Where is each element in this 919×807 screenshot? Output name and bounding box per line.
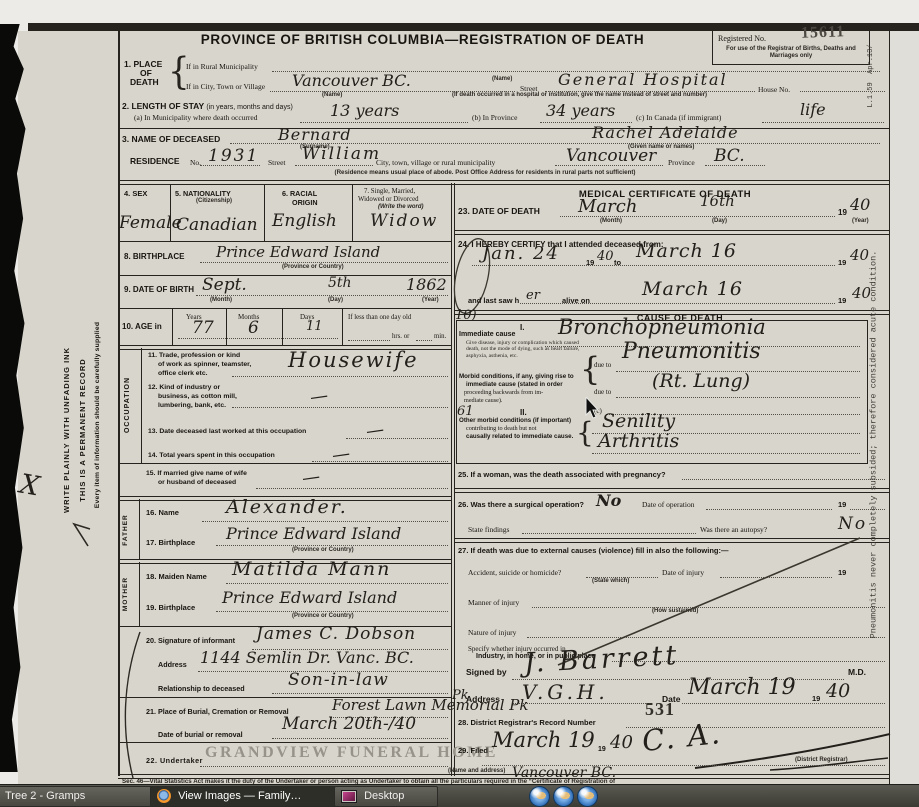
- item11-label-3: office clerk etc.: [158, 370, 208, 377]
- item2a-label: (a) In Municipality where death occurred: [134, 113, 258, 122]
- occupation-side-label: OCCUPATION: [124, 355, 136, 455]
- racial-label-2: ORIGIN: [292, 198, 318, 207]
- due-to-2-label: due to: [594, 388, 611, 396]
- registered-no-stamp: 15611: [801, 23, 846, 43]
- occupation-value: Housewife: [288, 348, 419, 372]
- taskbar-window-gramps-label: Tree 2 - Gramps: [5, 790, 85, 802]
- item12-label-3: lumbering, bank, etc.: [158, 402, 226, 409]
- operation-label: 26. Was there a surgical operation?: [458, 500, 584, 509]
- alive-on-value: March 16: [642, 278, 743, 300]
- relationship-value: Son-in-law: [288, 670, 389, 690]
- morbid-label-3: proceeding backwards from im-: [464, 389, 543, 396]
- father-birthplace-cap: (Province or Country): [292, 547, 354, 553]
- last-saw-label: and last saw h: [468, 296, 519, 305]
- due-to-2-value: (Rt. Lung): [652, 370, 750, 392]
- age-min-label: min.: [434, 333, 446, 340]
- item2b-value: 34 years: [546, 101, 615, 120]
- age-hrs-label: hrs. or: [392, 333, 409, 340]
- taskbar-window-desktop-label: Desktop: [364, 790, 404, 802]
- morbid-label-4: mediate cause).: [464, 397, 502, 404]
- sex-value: Female: [119, 213, 182, 233]
- item2b-label: (b) In Province: [472, 113, 517, 122]
- mother-birthplace-cap: (Province or Country): [292, 613, 354, 619]
- birthplace-cap: (Province or Country): [282, 264, 344, 270]
- item12-label-2: business, as cotton mill,: [158, 393, 237, 400]
- cause-margin-note-1: 10): [455, 308, 477, 323]
- pen-curve: [115, 630, 145, 780]
- death-date-19: 19: [838, 208, 847, 217]
- burial-date-label: Date of burial or removal: [158, 730, 243, 739]
- taskbar-window-view-images[interactable]: View Images — Family…: [150, 786, 340, 807]
- sex-label: 4. SEX: [124, 189, 147, 198]
- attended-from: Jan. 24: [482, 243, 560, 264]
- racial-label-1: 6. RACIAL: [282, 189, 317, 198]
- dob-day-cap: (Day): [328, 297, 343, 303]
- form-title: PROVINCE OF BRITISH COLUMBIA—REGISTRATIO…: [150, 32, 695, 47]
- medical-title: MEDICAL CERTIFICATE OF DEATH: [455, 189, 875, 200]
- age-label: 10. AGE in: [122, 322, 162, 331]
- registered-no-box: Registered No. 15611 For use of the Regi…: [712, 29, 870, 65]
- death-month-cap: (Month): [600, 218, 622, 224]
- desktop-screen: WRITE PLAINLY WITH UNFADING INK THIS IS …: [0, 0, 919, 807]
- other-morbid-3: causally related to immediate cause.: [466, 433, 573, 440]
- district-registrar-cap: (District Registrar): [795, 757, 848, 763]
- item13-label: 13. Date deceased last worked at this oc…: [148, 428, 306, 435]
- item2-label: 2. LENGTH OF STAY (in years, months and …: [122, 101, 293, 111]
- other-value-1: Senility: [602, 410, 675, 432]
- filed-date-value: March 19: [492, 728, 595, 752]
- item1-death: DEATH: [130, 77, 159, 87]
- house-no-label: House No.: [758, 85, 790, 94]
- mother-name-value: Matilda Mann: [232, 558, 391, 580]
- page-right-rule: [889, 31, 890, 784]
- taskbar: Tree 2 - Gramps View Images — Family… De…: [0, 784, 919, 807]
- other-morbid-1: Other morbid conditions (if important): [459, 417, 571, 424]
- death-date-year: 40: [850, 195, 870, 214]
- item15-label-2: or husband of deceased: [158, 479, 236, 486]
- death-date-day: 16th: [700, 192, 735, 210]
- informant-label: 20. Signature of informant: [146, 636, 235, 645]
- street-name-cap: (Name): [492, 76, 512, 82]
- birthplace-label: 8. BIRTHPLACE: [124, 252, 184, 261]
- residence-street-value: William: [302, 144, 381, 164]
- pregnancy-label: 25. If a woman, was the death associated…: [458, 470, 666, 479]
- globe-icon-2[interactable]: [553, 786, 574, 807]
- dob-year-cap: (Year): [422, 297, 439, 303]
- morbid-label-1: Morbid conditions, if any, giving rise t…: [459, 373, 574, 380]
- margin-right-note: Pneumonitis never completely subsided; t…: [869, 95, 882, 795]
- mother-birthplace-label: 19. Birthplace: [146, 603, 195, 612]
- marital-value: Widow: [370, 211, 438, 231]
- nationality-cap: (Citizenship): [196, 198, 232, 204]
- death-year-cap: (Year): [852, 218, 869, 224]
- age-less-label: If less than one day old: [348, 314, 411, 321]
- age-months-value: 6: [248, 318, 259, 338]
- death-day-cap: (Day): [712, 218, 727, 224]
- item2-paren: (in years, months and days): [206, 104, 292, 111]
- record-number-value: 531: [645, 699, 675, 720]
- informant-address-label: Address: [158, 660, 187, 669]
- sign-date-year: 40: [826, 680, 850, 702]
- city-name-cap: (Name): [322, 92, 342, 98]
- dob-label: 9. DATE OF BIRTH: [124, 285, 194, 294]
- filed-year: 40: [610, 732, 633, 753]
- item15-label-1: 15. If married give name of wife: [146, 470, 247, 477]
- undertaker-label: 22. Undertaker: [146, 756, 203, 765]
- attended-to-year: 40: [850, 246, 869, 264]
- taskbar-window-gramps[interactable]: Tree 2 - Gramps: [0, 786, 164, 807]
- item2c-value: life: [800, 100, 826, 119]
- given-name-value: Rachel Adelaide: [592, 123, 739, 142]
- relationship-label: Relationship to deceased: [158, 684, 245, 693]
- globe-icon-3[interactable]: [577, 786, 598, 807]
- scan-right-edge: [890, 31, 919, 784]
- physician-address-value: V.G.H.: [522, 680, 609, 704]
- racial-value: English: [272, 211, 337, 231]
- cause-sec2: II.: [520, 408, 527, 417]
- taskbar-window-view-images-label: View Images — Family…: [178, 790, 301, 802]
- mother-birthplace-value: Prince Edward Island: [222, 588, 397, 607]
- dob-month-cap: (Month): [210, 297, 232, 303]
- dob-day: 5th: [328, 275, 352, 291]
- filed-19: 19: [598, 746, 606, 753]
- informant-value: James C. Dobson: [256, 624, 416, 644]
- informant-address-value: 1144 Semlin Dr. Vanc. BC.: [200, 648, 414, 667]
- operation-19: 19: [838, 500, 846, 509]
- spouse-value: —: [301, 466, 322, 489]
- marital-label-2: Widowed or Divorced: [358, 196, 419, 203]
- record-number-label: 28. District Registrar's Record Number: [458, 718, 596, 727]
- city-label: If in City, Town or Village: [186, 82, 265, 91]
- md-label: M.D.: [848, 667, 866, 677]
- father-name-value: Alexander.: [226, 496, 348, 518]
- residence-street-label: Street: [268, 158, 286, 167]
- undertaker-city-value: Vancouver BC.: [512, 765, 616, 781]
- burial-place-label: 21. Place of Burial, Cremation or Remova…: [146, 707, 289, 716]
- burial-place-value: Forest Lawn Memorial Pk: [332, 696, 528, 714]
- item12-label-1: 12. Kind of industry or: [148, 384, 220, 391]
- immediate-cause-note: Give disease, injury or complication whi…: [466, 340, 584, 359]
- immediate-cause-value: Bronchopneumonia: [558, 315, 766, 339]
- operation-value: No: [596, 491, 621, 510]
- item11-label-1: 11. Trade, profession or kind: [148, 352, 240, 359]
- father-name-label: 16. Name: [146, 508, 179, 517]
- hospital-note: (If death occurred in a hospital or inst…: [452, 92, 707, 98]
- dob-year: 1862: [406, 275, 447, 294]
- nationality-value: Canadian: [176, 215, 258, 235]
- age-days-value: 11: [306, 319, 323, 334]
- item14-label: 14. Total years spent in this occupation: [148, 452, 275, 459]
- birthplace-value: Prince Edward Island: [216, 243, 380, 261]
- other-morbid-2: contributing to death but not: [466, 425, 536, 432]
- attended-to: March 16: [636, 240, 737, 262]
- due-to-1-label: due to: [594, 361, 611, 369]
- mother-side-label: MOTHER: [122, 559, 134, 629]
- registered-no-label: Registered No.: [718, 34, 766, 43]
- filed-label: 29. Filed: [458, 746, 488, 755]
- marital-label-1: 7. Single, Married,: [364, 188, 415, 195]
- attended-from-year: 40: [597, 249, 614, 264]
- dob-month: Sept.: [202, 275, 247, 295]
- residence-prov-label: Province: [668, 158, 695, 167]
- item11-label-2: of work as spinner, teamster,: [158, 361, 251, 368]
- globe-icon-1[interactable]: [529, 786, 550, 807]
- firefox-icon: [157, 789, 171, 803]
- street-value: General Hospital: [558, 70, 728, 89]
- item2a-value: 13 years: [330, 101, 399, 120]
- residence-city-label: City, town, village or rural municipalit…: [376, 158, 495, 167]
- desktop-icon: [341, 790, 357, 803]
- due-to-1-value: Pneumonitis: [622, 339, 761, 364]
- undertaker-stamp: GRANDVIEW FUNERAL HOME: [205, 744, 498, 762]
- attended-to-19: 19: [838, 258, 846, 267]
- marital-cap: (Write the word): [378, 204, 424, 210]
- signed-by-label: Signed by: [466, 667, 507, 677]
- due-to-brace: {: [580, 350, 600, 388]
- registrar-use-note: For use of the Registrar of Births, Deat…: [716, 46, 866, 60]
- death-date-month: March: [578, 196, 637, 217]
- residence-prov-value: BC.: [714, 146, 745, 166]
- father-birthplace-label: 17. Birthplace: [146, 538, 195, 547]
- item2c-label: (c) In Canada (if immigrant): [636, 113, 721, 122]
- morbid-label-2: immediate cause (stated in order: [466, 381, 563, 388]
- residence-city-value: Vancouver: [566, 146, 656, 166]
- mouse-cursor: [585, 397, 601, 421]
- age-years-value: 77: [192, 318, 214, 338]
- cause-sec1: I.: [520, 323, 524, 332]
- sign-date-value: March 19: [688, 675, 796, 700]
- father-birthplace-value: Prince Edward Island: [226, 524, 401, 543]
- alive-19: 19: [838, 296, 846, 305]
- mother-name-label: 18. Maiden Name: [146, 572, 207, 581]
- residence-note: (Residence means usual place of abode. P…: [200, 169, 770, 176]
- immediate-cause-label: Immediate cause: [459, 331, 515, 338]
- residence-no-value: 1931: [208, 146, 259, 166]
- item3-label: 3. NAME OF DECEASED: [122, 134, 220, 144]
- last-saw-er: er: [526, 288, 540, 303]
- father-side-label: FATHER: [122, 495, 134, 565]
- operation-date-label: Date of operation: [642, 500, 694, 509]
- residence-label: RESIDENCE: [130, 156, 180, 166]
- margin-checkmark: [66, 512, 96, 552]
- industry-value: —: [309, 385, 330, 408]
- registrar-signature-flourish: [690, 720, 895, 775]
- rural-label: If in Rural Municipality: [186, 62, 258, 71]
- death-date-label: 23. DATE OF DEATH: [458, 206, 540, 216]
- other-value-2: Arthritis: [598, 430, 679, 452]
- burial-date-value: March 20th-/40: [282, 714, 416, 734]
- nationality-label: 5. NATIONALITY: [175, 189, 231, 198]
- city-value: Vancouver BC.: [292, 71, 411, 90]
- taskbar-window-desktop[interactable]: Desktop: [334, 786, 438, 807]
